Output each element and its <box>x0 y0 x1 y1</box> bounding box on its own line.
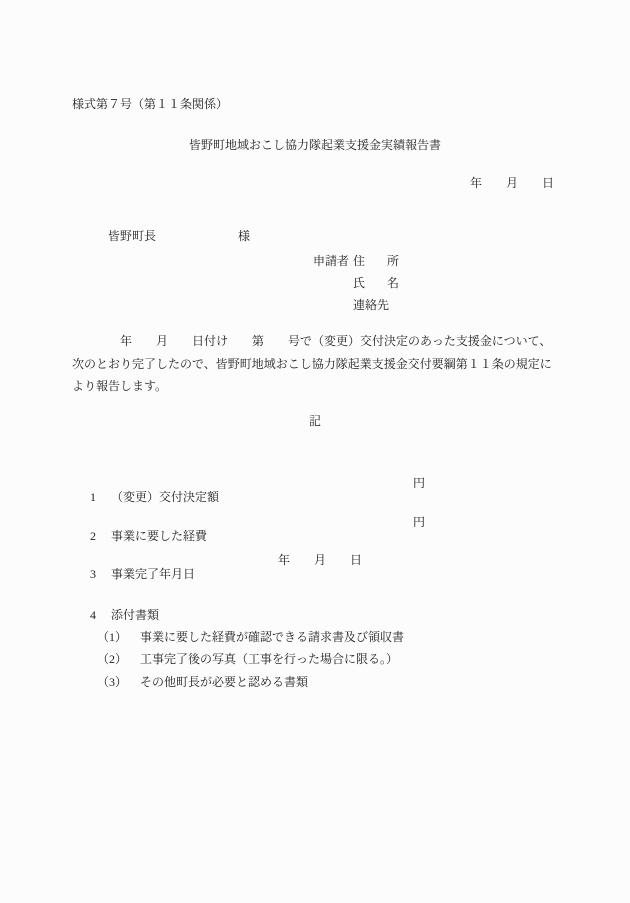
date-line: 年 月 日 <box>470 176 554 190</box>
applicant-address-label: 住 所 <box>353 254 399 268</box>
body-paragraph: 年 月 日付け 第 号で（変更）交付決定のあった支援金について、 次のとおり完了… <box>72 330 564 398</box>
applicant-name-label: 氏 名 <box>353 276 399 290</box>
attachment-row-3: （3）その他町長が必要と認める書類 <box>85 661 555 703</box>
item-label: （変更）交付決定額 <box>111 490 219 504</box>
applicant-contact-label: 連絡先 <box>353 298 389 312</box>
section-marker: 記 <box>0 414 630 428</box>
document-page: 様式第７号（第１１条関係） 皆野町地域おこし協力隊起業支援金実績報告書 年 月 … <box>0 0 630 903</box>
addressee-name: 皆野町長 <box>108 229 156 243</box>
item-row-3: 3事業完了年月日年 月 日 <box>78 553 558 595</box>
document-title: 皆野町地域おこし協力隊起業支援金実績報告書 <box>0 138 630 152</box>
attachment-text: その他町長が必要と認める書類 <box>140 675 308 689</box>
item-number: 2 <box>90 529 96 543</box>
applicant-label: 申請者 <box>313 254 349 268</box>
item-label: 事業完了年月日 <box>111 567 195 581</box>
item-unit-yen: 円 <box>413 476 425 490</box>
attachment-number: （3） <box>97 675 127 689</box>
form-number: 様式第７号（第１１条関係） <box>72 97 228 111</box>
item-row-1: 1（変更）交付決定額円 <box>78 476 558 518</box>
item-unit-yen: 円 <box>413 515 425 529</box>
item-number: 1 <box>90 490 96 504</box>
addressee-honorific: 様 <box>238 229 250 243</box>
item-date-blanks: 年 月 日 <box>278 553 362 567</box>
addressee-line: 皆野町長様 <box>96 215 250 257</box>
item-row-2: 2事業に要した経費円 <box>78 515 558 557</box>
item-number: 3 <box>90 567 96 581</box>
item-label: 事業に要した経費 <box>111 529 207 543</box>
